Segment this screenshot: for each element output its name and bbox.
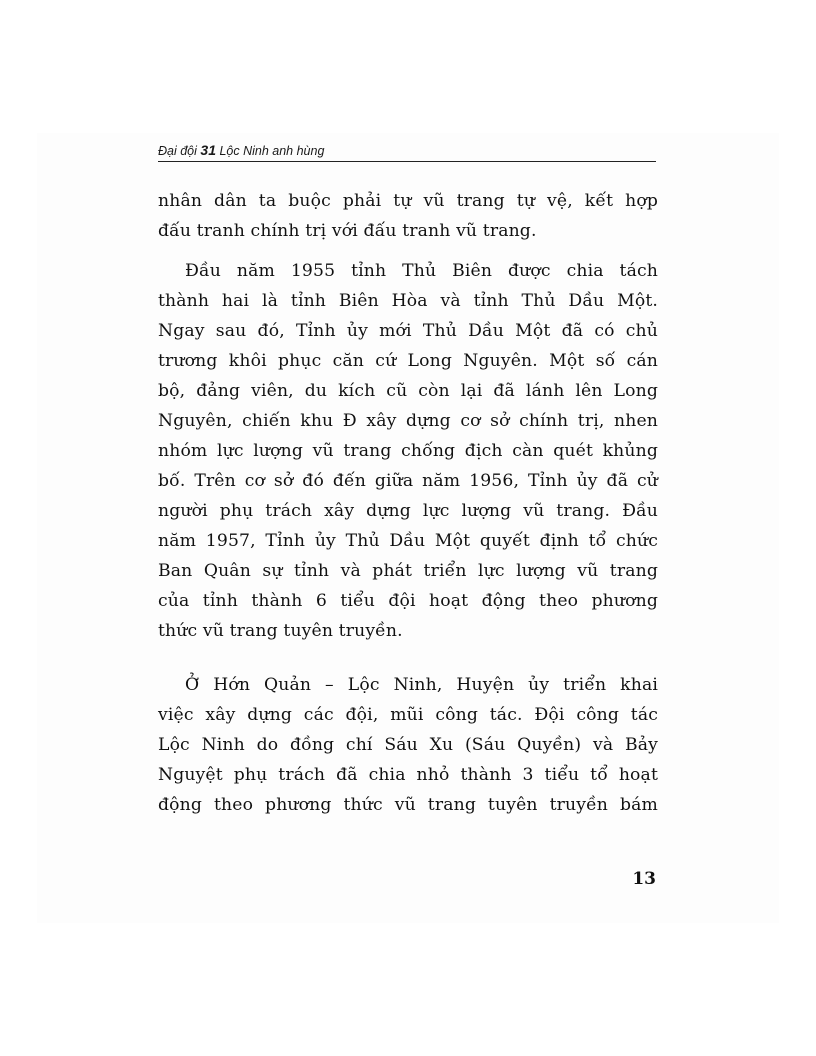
text-line: thức vũ trang tuyên truyền. — [158, 616, 658, 646]
text-line: bố. Trên cơ sở đó đến giữa năm 1956, Tỉn… — [158, 466, 658, 496]
running-header: Đại đội 31 Lộc Ninh anh hùng — [158, 141, 656, 162]
header-title-prefix: Đại đội — [158, 144, 197, 158]
paragraph-3: Ở Hớn Quản – Lộc Ninh, Huyện ủy triển kh… — [158, 670, 658, 820]
text-line: Ngay sau đó, Tỉnh ủy mới Thủ Dầu Một đã … — [158, 316, 658, 346]
text-line: người phụ trách xây dựng lực lượng vũ tr… — [158, 496, 658, 526]
text-line: trương khôi phục căn cứ Long Nguyên. Một… — [158, 346, 658, 376]
text-line: Đầu năm 1955 tỉnh Thủ Biên được chia tác… — [158, 256, 658, 286]
paragraph-1: nhân dân ta buộc phải tự vũ trang tự vệ,… — [158, 186, 658, 246]
text-line: đấu tranh chính trị với đấu tranh vũ tra… — [158, 216, 658, 246]
text-line: việc xây dựng các đội, mũi công tác. Đội… — [158, 700, 658, 730]
text-line: Ở Hớn Quản – Lộc Ninh, Huyện ủy triển kh… — [158, 670, 658, 700]
text-line: năm 1957, Tỉnh ủy Thủ Dầu Một quyết định… — [158, 526, 658, 556]
text-line: thành hai là tỉnh Biên Hòa và tỉnh Thủ D… — [158, 286, 658, 316]
text-line: Ban Quân sự tỉnh và phát triển lực lượng… — [158, 556, 658, 586]
text-line: nhân dân ta buộc phải tự vũ trang tự vệ,… — [158, 186, 658, 216]
text-line: nhóm lực lượng vũ trang chống địch càn q… — [158, 436, 658, 466]
header-title-number: 31 — [200, 142, 216, 158]
header-title-suffix: Lộc Ninh anh hùng — [219, 144, 324, 158]
text-line: động theo phương thức vũ trang tuyên tru… — [158, 790, 658, 820]
text-line: bộ, đảng viên, du kích cũ còn lại đã lán… — [158, 376, 658, 406]
paragraph-2: Đầu năm 1955 tỉnh Thủ Biên được chia tác… — [158, 256, 658, 646]
text-line: Lộc Ninh do đồng chí Sáu Xu (Sáu Quyền) … — [158, 730, 658, 760]
text-line: của tỉnh thành 6 tiểu đội hoạt động theo… — [158, 586, 658, 616]
page-number: 13 — [158, 869, 656, 889]
text-line: Nguyệt phụ trách đã chia nhỏ thành 3 tiể… — [158, 760, 658, 790]
text-line: Nguyên, chiến khu Đ xây dựng cơ sở chính… — [158, 406, 658, 436]
